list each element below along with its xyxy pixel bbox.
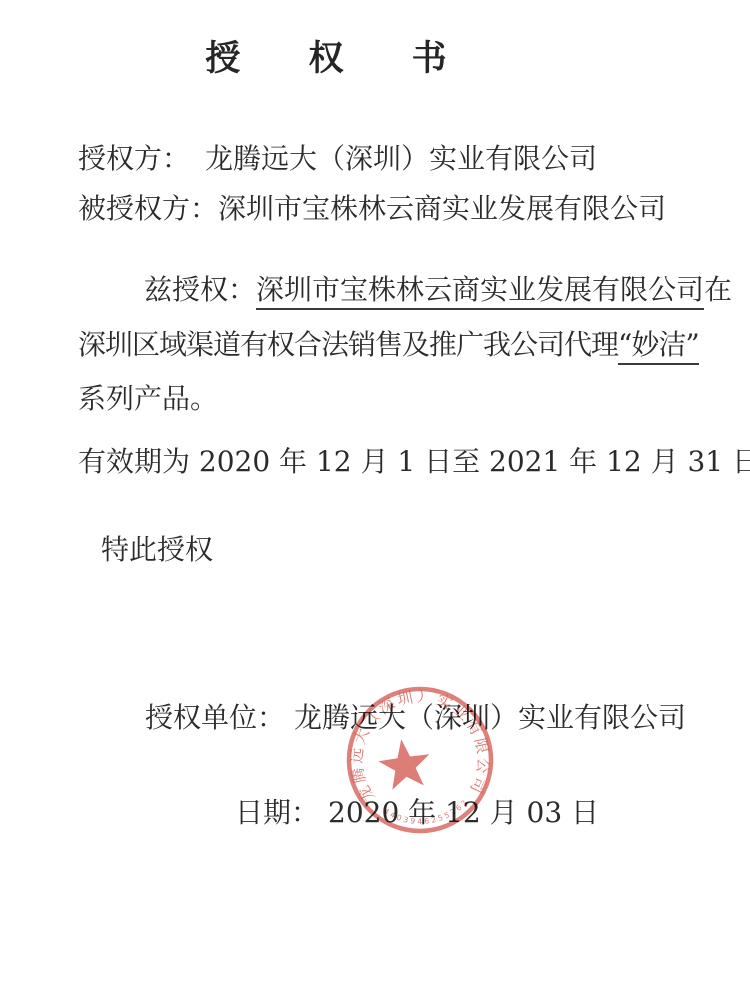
authorization-paragraph-line-2: 深圳区域渠道有权合法销售及推广我公司代理“妙洁” — [78, 326, 699, 364]
date-line: 日期：2020 年 12 月 03 日 — [235, 794, 599, 832]
authorizer-label: 授权方： — [78, 140, 205, 178]
authorization-paragraph-line-1: 兹授权：深圳市宝株林云商实业发展有限公司在 — [78, 271, 732, 309]
closing-text: 特此授权 — [101, 533, 213, 566]
validity-period-line: 有效期为 2020 年 12 月 1 日至 2021 年 12 月 31 日 — [78, 443, 750, 481]
paragraph-prefix: 兹授权： — [144, 273, 256, 306]
paragraph-connector: 在 — [704, 273, 732, 306]
authorizer-line: 授权方：龙腾远大（深圳）实业有限公司 — [78, 140, 597, 178]
document-title: 授 权 书 — [0, 31, 750, 81]
authorizing-unit-line: 授权单位：龙腾远大（深圳）实业有限公司 — [145, 699, 686, 737]
authorized-party-line: 被授权方：深圳市宝株林云商实业发展有限公司 — [78, 190, 666, 228]
closing-line: 特此授权 — [101, 531, 213, 569]
brand-name-underlined: “妙洁” — [618, 328, 699, 365]
authorized-party-value: 深圳市宝株林云商实业发展有限公司 — [218, 192, 666, 225]
authorizing-unit-value: 龙腾远大（深圳）实业有限公司 — [294, 701, 686, 734]
authorization-letter-page: 授 权 书 授权方：龙腾远大（深圳）实业有限公司 被授权方：深圳市宝株林云商实业… — [0, 0, 750, 1000]
validity-text: 有效期为 2020 年 12 月 1 日至 2021 年 12 月 31 日 — [78, 445, 750, 478]
date-label: 日期： — [235, 796, 319, 829]
authorized-company-underlined: 深圳市宝株林云商实业发展有限公司 — [256, 273, 704, 310]
authorized-party-label: 被授权方： — [78, 192, 218, 225]
authorization-paragraph-line-3: 系列产品。 — [78, 380, 218, 418]
star-icon — [378, 739, 429, 790]
paragraph-ending-text: 系列产品。 — [78, 382, 218, 415]
date-value: 2020 年 12 月 03 日 — [328, 796, 599, 829]
authorizer-value: 龙腾远大（深圳）实业有限公司 — [205, 142, 597, 175]
authorizing-unit-label: 授权单位： — [145, 701, 285, 734]
paragraph-body-text: 深圳区域渠道有权合法销售及推广我公司代理 — [78, 328, 618, 361]
